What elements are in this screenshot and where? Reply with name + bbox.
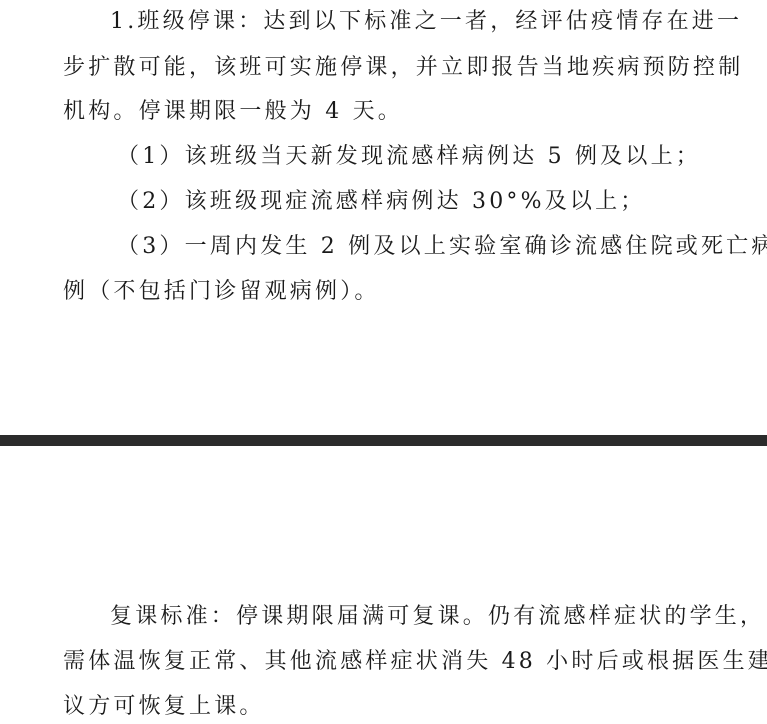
page-separator	[0, 435, 767, 446]
criterion-item-2: （2）该班级现症流感样病例达 30°%及以上；	[117, 187, 646, 217]
criterion-item-3-line-2: 例（不包括门诊留观病例）。	[63, 277, 380, 307]
document-page-bottom: 复课标准：停课期限届满可复课。仍有流感样症状的学生， 需体温恢复正常、其他流感样…	[0, 446, 767, 724]
resume-criteria-line-1: 复课标准：停课期限届满可复课。仍有流感样症状的学生，	[110, 602, 765, 632]
resume-criteria-line-3: 议方可恢复上课。	[63, 692, 265, 722]
criterion-item-1: （1）该班级当天新发现流感样病例达 5 例及以上；	[117, 142, 701, 172]
document-page-top: 1.班级停课：达到以下标准之一者，经评估疫情存在进一 步扩散可能，该班可实施停课…	[0, 0, 767, 435]
class-suspension-paragraph-line-2: 步扩散可能，该班可实施停课，并立即报告当地疾病预防控制	[63, 53, 743, 83]
resume-criteria-line-2: 需体温恢复正常、其他流感样症状消失 48 小时后或根据医生建	[63, 647, 767, 677]
class-suspension-paragraph-line-1: 1.班级停课：达到以下标准之一者，经评估疫情存在进一	[110, 7, 742, 37]
criterion-item-3-line-1: （3）一周内发生 2 例及以上实验室确诊流感住院或死亡病	[117, 232, 767, 262]
class-suspension-paragraph-line-3: 机构。停课期限一般为 4 天。	[63, 97, 403, 127]
